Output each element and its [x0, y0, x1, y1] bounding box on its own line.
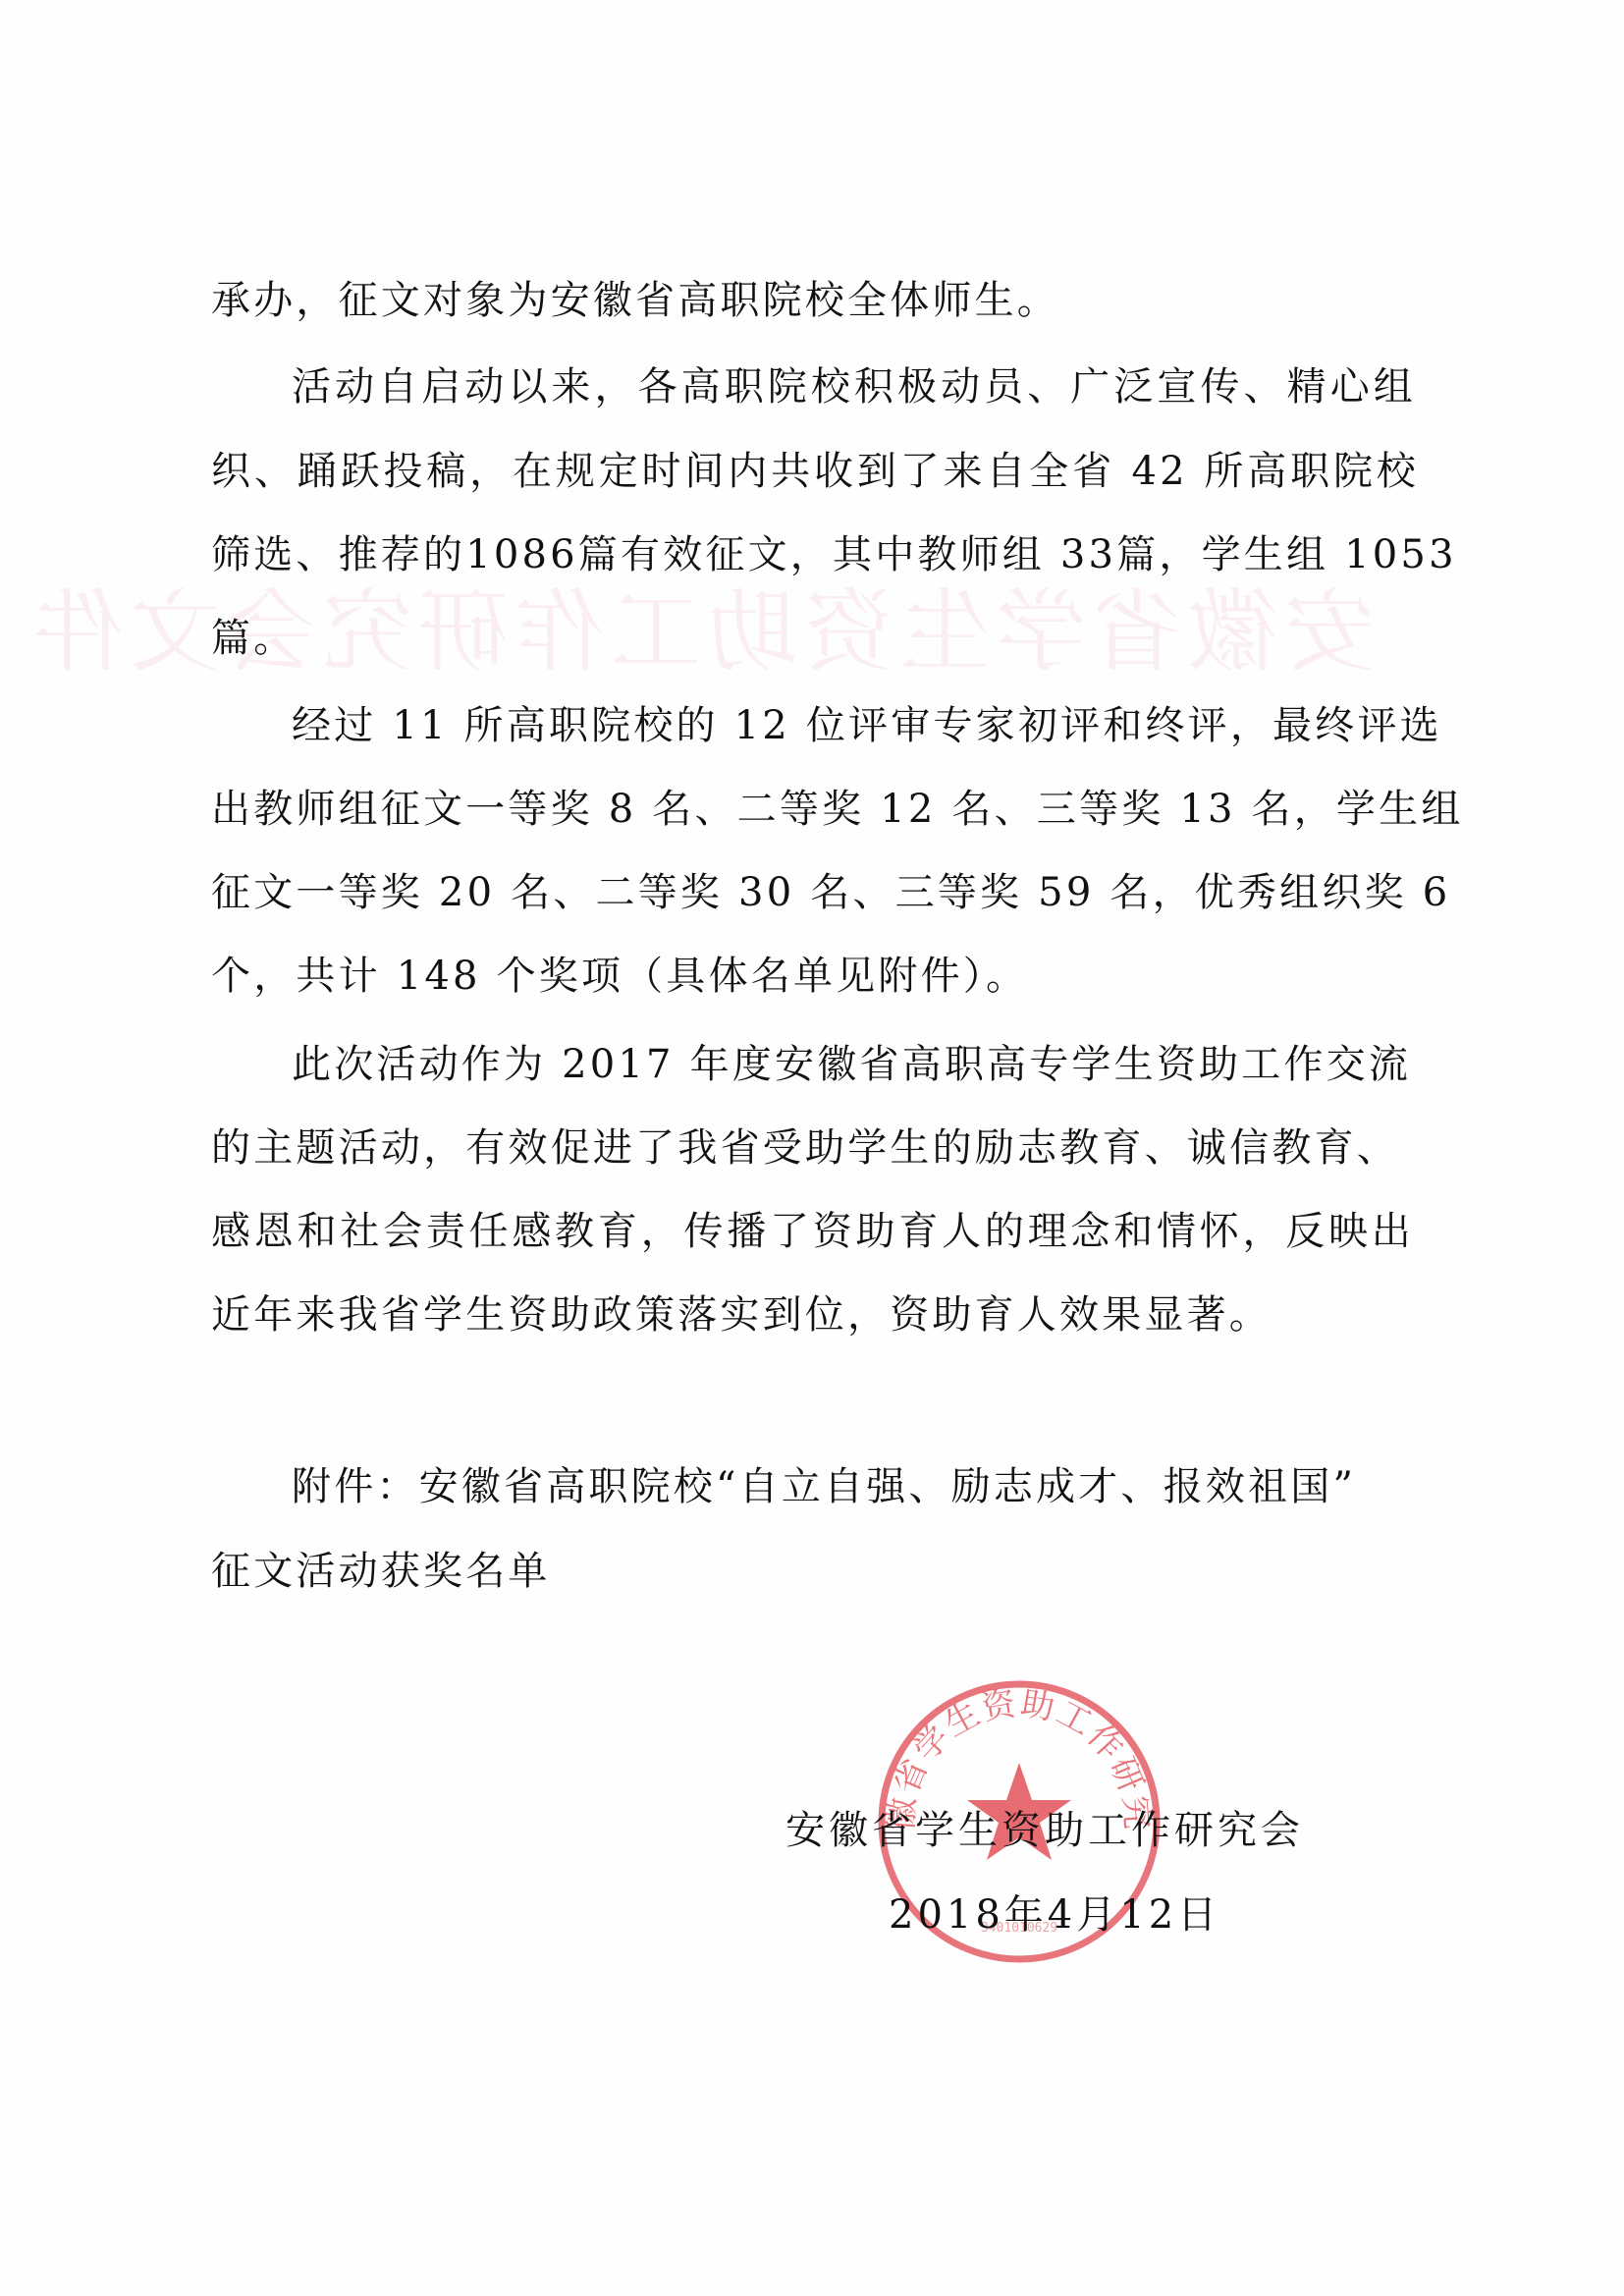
- paragraph-2-line-3: 筛选、推荐的1086篇有效征文，其中教师组 33篇，学生组 1053: [211, 531, 1419, 578]
- paragraph-2-line-4: 篇。: [211, 615, 1419, 662]
- paragraph-4-line-2: 的主题活动，有效促进了我省受助学生的励志教育、诚信教育、: [211, 1124, 1399, 1172]
- attachment-line-2: 征文活动获奖名单: [211, 1548, 1419, 1595]
- paragraph-3-line-4: 个，共计 148 个奖项（具体名单见附件）。: [211, 953, 1419, 1000]
- signing-organization: 安徽省学生资助工作研究会: [785, 1807, 1304, 1854]
- paragraph-3-line-1: 经过 11 所高职院校的 12 位评审专家初评和终评，最终评选: [292, 702, 1416, 749]
- paragraph-3-line-3: 征文一等奖 20 名、二等奖 30 名、三等奖 59 名，优秀组织奖 6: [211, 869, 1419, 916]
- attachment-line-1: 附件：安徽省高职院校“自立自强、励志成才、报效祖国”: [292, 1463, 1499, 1510]
- paragraph-4-line-4: 近年来我省学生资助政策落实到位，资助育人效果显著。: [211, 1291, 1419, 1339]
- paragraph-2-line-1: 活动自启动以来，各高职院校积极动员、广泛宣传、精心组: [292, 363, 1416, 410]
- signing-date: 2018年4月12日: [889, 1891, 1220, 1939]
- paragraph-3-line-2: 出教师组征文一等奖 8 名、二等奖 12 名、三等奖 13 名，学生组: [211, 786, 1419, 833]
- paragraph-2-line-2: 织、踊跃投稿，在规定时间内共收到了来自全省 42 所高职院校: [211, 448, 1419, 495]
- paragraph-4-line-1: 此次活动作为 2017 年度安徽省高职高专学生资助工作交流: [292, 1041, 1396, 1088]
- paragraph-4-line-3: 感恩和社会责任感教育，传播了资助育人的理念和情怀，反映出: [211, 1208, 1414, 1255]
- document-page: 安徽省学生资助工作研究会文件 承办，征文对象为安徽省高职院校全体师生。 活动自启…: [0, 0, 1624, 2296]
- paragraph-1-line-1: 承办，征文对象为安徽省高职院校全体师生。: [211, 277, 1419, 324]
